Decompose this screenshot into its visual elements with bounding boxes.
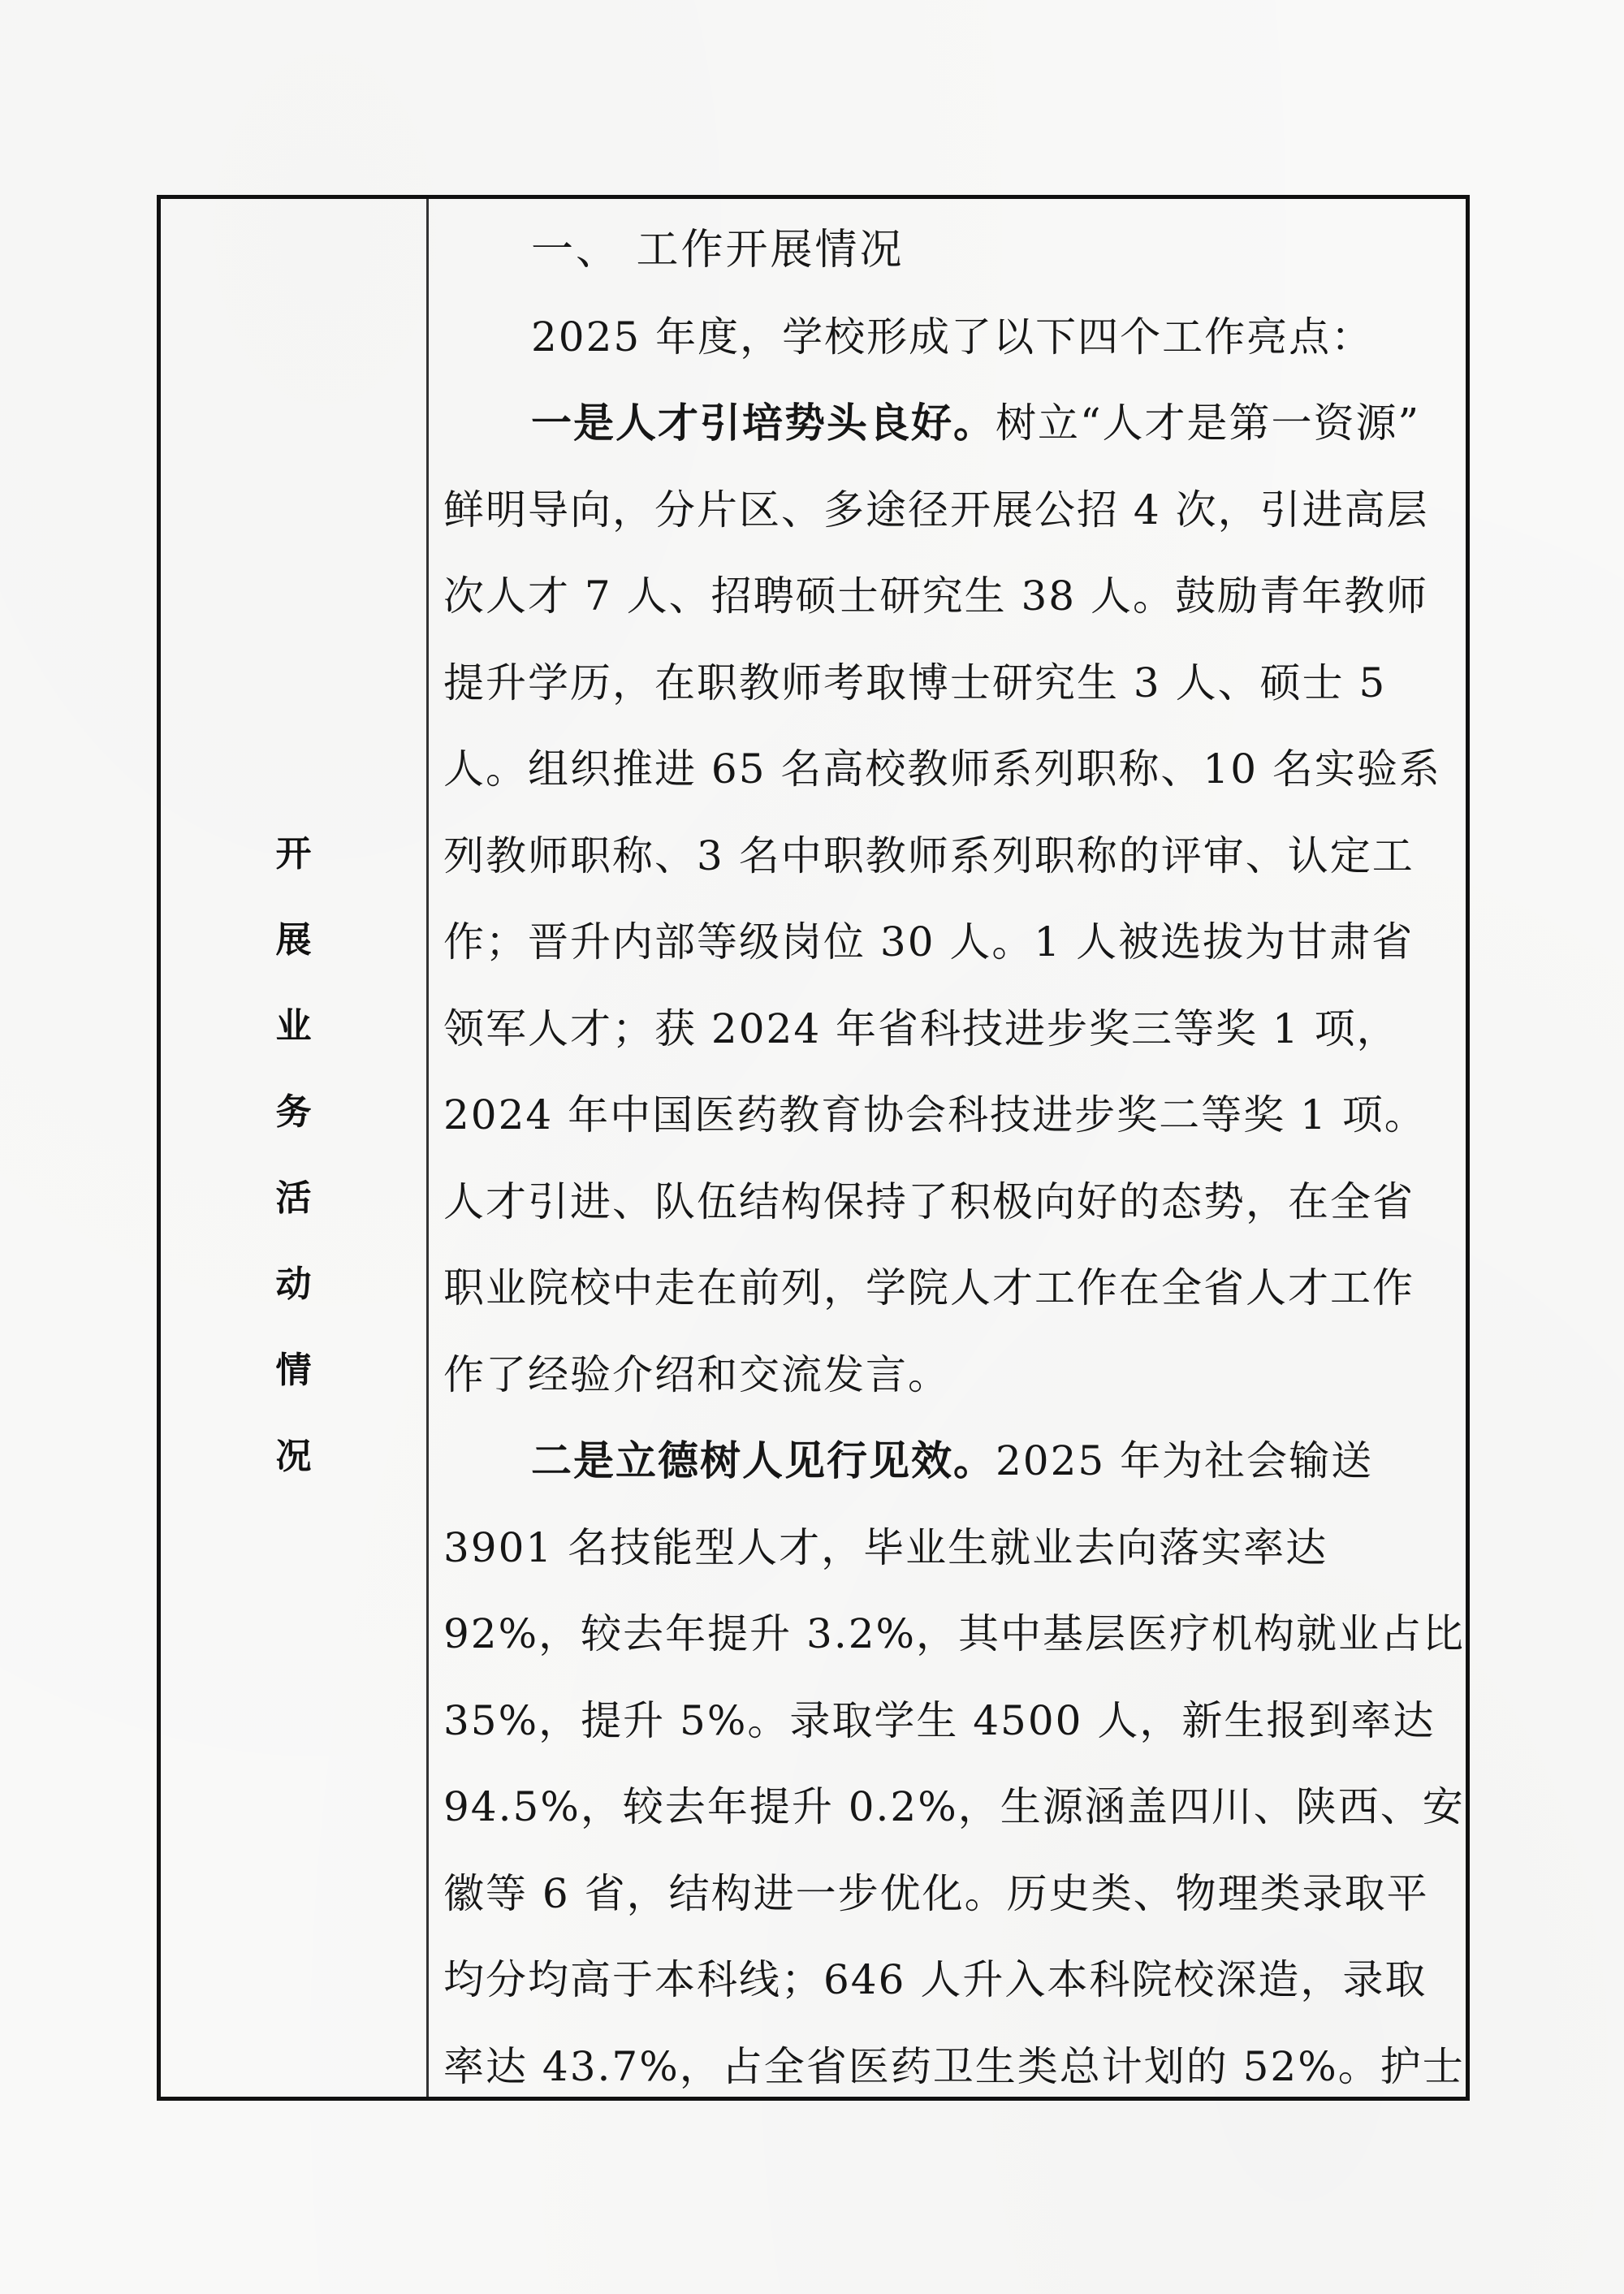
section-heading: 一、 工作开展情况 [443,207,1468,294]
point1-first-line: 一是人才引培势头良好。树立“人才是第一资源” [443,380,1468,467]
point1-line: 职业院校中走在前列，学院人才工作在全省人才工作 [443,1245,1468,1332]
point2-line: 率达 43.7%，占全省医药卫生类总计划的 52%。护士 [443,2024,1468,2110]
point1-line: 鲜明导向，分片区、多途径开展公招 4 次，引进高层 [443,467,1468,554]
row-label-char: 动 [276,1267,312,1353]
row-label-char: 况 [276,1439,312,1525]
point2-line: 均分均高于本科线；646 人升入本科院校深造，录取 [443,1937,1468,2024]
row-label-char: 活 [276,1181,312,1267]
intro-paragraph: 2025 年度，学校形成了以下四个工作亮点： [443,294,1468,381]
row-label-char: 展 [276,922,312,1009]
point1-line: 提升学历，在职教师考取博士研究生 3 人、硕士 5 [443,640,1468,727]
row-label-char: 开 [276,836,312,922]
report-form-table: 开 展 业 务 活 动 情 况 一、 工作开展情况 2025 年度，学校形成了以… [157,195,1470,2101]
row-label-cell: 开 展 业 务 活 动 情 况 [161,199,429,2097]
row-content-cell: 一、 工作开展情况 2025 年度，学校形成了以下四个工作亮点： 一是人才引培势… [429,199,1466,2097]
row-label-vertical: 开 展 业 务 活 动 情 况 [161,836,426,1525]
point2-line: 35%，提升 5%。录取学生 4500 人，新生报到率达 [443,1678,1468,1765]
content-body: 一、 工作开展情况 2025 年度，学校形成了以下四个工作亮点： 一是人才引培势… [443,207,1468,2110]
point1-line: 人才引进、队伍结构保持了积极向好的态势，在全省 [443,1159,1468,1246]
point2-text: 2025 年为社会输送 [996,1437,1373,1484]
point1-line: 次人才 7 人、招聘硕士研究生 38 人。鼓励青年教师 [443,553,1468,640]
point2-lead: 二是立德树人见行见效。 [531,1437,996,1484]
point1-line: 2024 年中国医药教育协会科技进步奖二等奖 1 项。 [443,1072,1468,1159]
row-label-char: 情 [276,1353,312,1439]
point1-lead: 一是人才引培势头良好。 [531,400,996,447]
point2-line: 94.5%，较去年提升 0.2%，生源涵盖四川、陕西、安 [443,1764,1468,1851]
point2-line: 92%，较去年提升 3.2%，其中基层医疗机构就业占比 [443,1591,1468,1678]
point1-line: 列教师职称、3 名中职教师系列职称的评审、认定工 [443,813,1468,900]
point2-line: 3901 名技能型人才，毕业生就业去向落实率达 [443,1505,1468,1592]
point1-text: 树立“人才是第一资源” [996,400,1420,447]
row-label-char: 业 [276,1009,312,1095]
point1-line: 人。组织推进 65 名高校教师系列职称、10 名实验系 [443,726,1468,813]
point1-line: 作了经验介绍和交流发言。 [443,1332,1468,1419]
scanned-page: 开 展 业 务 活 动 情 况 一、 工作开展情况 2025 年度，学校形成了以… [0,0,1624,2294]
point1-line: 作；晋升内部等级岗位 30 人。1 人被选拔为甘肃省 [443,899,1468,986]
point2-line: 徽等 6 省，结构进一步优化。历史类、物理类录取平 [443,1851,1468,1938]
row-label-char: 务 [276,1095,312,1181]
point1-line: 领军人才；获 2024 年省科技进步奖三等奖 1 项， [443,986,1468,1073]
point2-first-line: 二是立德树人见行见效。2025 年为社会输送 [443,1418,1468,1505]
